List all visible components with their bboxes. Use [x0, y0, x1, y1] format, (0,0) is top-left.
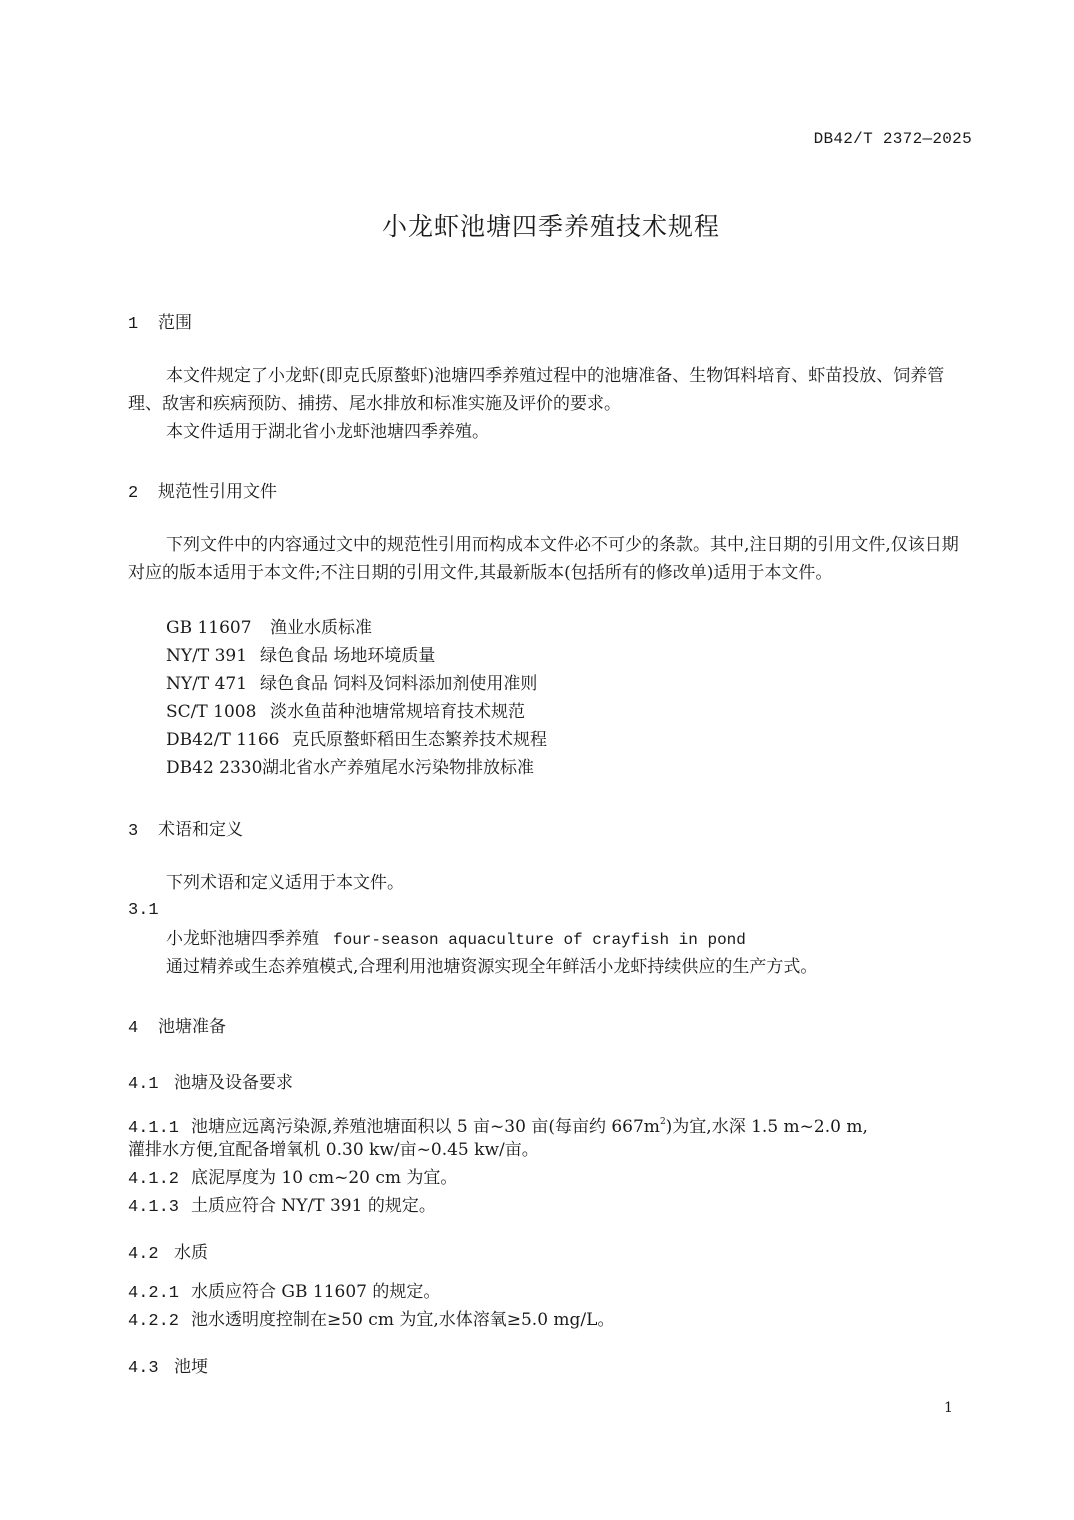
document-title: 小龙虾池塘四季养殖技术规程 — [0, 207, 1074, 243]
section-number: 4 — [128, 1019, 158, 1038]
clause-text: )为宜,水深 1.5 m~2.0 m, — [666, 1117, 868, 1137]
section-heading-1: 1范围 — [128, 308, 192, 334]
reference-code: SC/T 1008 — [166, 698, 270, 726]
subsection-title: 池埂 — [174, 1357, 208, 1377]
clause-text: 池水透明度控制在≥50 cm 为宜,水体溶氧≥5.0 mg/L。 — [191, 1310, 614, 1330]
reference-item: DB42 2330湖北省水产养殖尾水污染物排放标准 — [166, 754, 534, 782]
clause-number: 4.1.2 — [128, 1166, 179, 1194]
reference-name: 绿色食品 场地环境质量 — [260, 646, 435, 666]
subsection-heading-4-1: 4.1池塘及设备要求 — [128, 1068, 293, 1094]
clause-text: 土质应符合 NY/T 391 的规定。 — [191, 1196, 436, 1216]
reference-item: SC/T 1008淡水鱼苗种池塘常规培育技术规范 — [166, 698, 525, 726]
clause-4-1-3: 4.1.3土质应符合 NY/T 391 的规定。 — [128, 1192, 436, 1222]
clause-number: 4.2.2 — [128, 1308, 179, 1336]
page-number: 1 — [944, 1400, 953, 1416]
reference-name: 湖北省水产养殖尾水污染物排放标准 — [262, 758, 534, 778]
subsection-title: 水质 — [174, 1243, 208, 1263]
reference-name: 绿色食品 饲料及饲料添加剂使用准则 — [260, 674, 537, 694]
reference-item: NY/T 391绿色食品 场地环境质量 — [166, 642, 435, 670]
scope-paragraph-1: 本文件规定了小龙虾(即克氏原螯虾)池塘四季养殖过程中的池塘准备、生物饵料培育、虾… — [128, 362, 974, 418]
reference-item: NY/T 471绿色食品 饲料及饲料添加剂使用准则 — [166, 670, 537, 698]
clause-4-1-2: 4.1.2底泥厚度为 10 cm~20 cm 为宜。 — [128, 1164, 457, 1194]
clause-number: 4.1.3 — [128, 1194, 179, 1222]
subsection-number: 4.1 — [128, 1075, 174, 1094]
reference-name: 渔业水质标准 — [270, 618, 372, 638]
reference-code: GB 11607 — [166, 614, 270, 642]
scope-paragraph-2: 本文件适用于湖北省小龙虾池塘四季养殖。 — [166, 418, 489, 446]
subsection-title: 池塘及设备要求 — [174, 1073, 293, 1093]
section-number: 2 — [128, 484, 158, 503]
reference-name: 淡水鱼苗种池塘常规培育技术规范 — [270, 702, 525, 722]
clause-number: 4.2.1 — [128, 1280, 179, 1308]
term-entry: 小龙虾池塘四季养殖four-season aquaculture of cray… — [166, 925, 746, 954]
reference-item: DB42/T 1166克氏原螯虾稻田生态繁养技术规程 — [166, 726, 547, 754]
subsection-number: 4.2 — [128, 1245, 174, 1264]
reference-code: NY/T 391 — [166, 642, 260, 670]
reference-code: DB42/T 1166 — [166, 726, 292, 754]
section-number: 3 — [128, 822, 158, 841]
section-heading-3: 3术语和定义 — [128, 815, 243, 841]
reference-name: 克氏原螯虾稻田生态繁养技术规程 — [292, 730, 547, 750]
subsection-heading-4-2: 4.2水质 — [128, 1238, 208, 1264]
section-title: 池塘准备 — [158, 1017, 226, 1037]
section-heading-4: 4池塘准备 — [128, 1012, 226, 1038]
reference-code: NY/T 471 — [166, 670, 260, 698]
reference-code: DB42 2330 — [166, 754, 262, 782]
section-number: 1 — [128, 315, 158, 334]
section-heading-2: 2规范性引用文件 — [128, 477, 277, 503]
section-title: 术语和定义 — [158, 820, 243, 840]
clause-4-2-2: 4.2.2池水透明度控制在≥50 cm 为宜,水体溶氧≥5.0 mg/L。 — [128, 1306, 614, 1336]
clause-4-1-1-line-2: 灌排水方便,宜配备增氧机 0.30 kw/亩~0.45 kw/亩。 — [128, 1136, 539, 1164]
subsection-number: 4.3 — [128, 1359, 174, 1378]
clause-text: 水质应符合 GB 11607 的规定。 — [191, 1282, 440, 1302]
term-definition: 通过精养或生态养殖模式,合理利用池塘资源实现全年鲜活小龙虾持续供应的生产方式。 — [166, 953, 817, 981]
clause-text: 池塘应远离污染源,养殖池塘面积以 5 亩~30 亩(每亩约 667m — [191, 1117, 660, 1137]
document-code: DB42/T 2372—2025 — [814, 130, 972, 148]
term-english: four-season aquaculture of crayfish in p… — [333, 931, 746, 949]
reference-item: GB 11607渔业水质标准 — [166, 614, 372, 642]
section-title: 规范性引用文件 — [158, 482, 277, 502]
clause-text: 底泥厚度为 10 cm~20 cm 为宜。 — [191, 1168, 457, 1188]
references-intro-paragraph: 下列文件中的内容通过文中的规范性引用而构成本文件必不可少的条款。其中,注日期的引… — [128, 531, 974, 587]
section-title: 范围 — [158, 313, 192, 333]
term-number: 3.1 — [128, 897, 159, 925]
terms-intro-paragraph: 下列术语和定义适用于本文件。 — [166, 869, 404, 897]
subsection-heading-4-3: 4.3池埂 — [128, 1352, 208, 1378]
term-chinese: 小龙虾池塘四季养殖 — [166, 929, 319, 949]
clause-4-2-1: 4.2.1水质应符合 GB 11607 的规定。 — [128, 1278, 440, 1308]
